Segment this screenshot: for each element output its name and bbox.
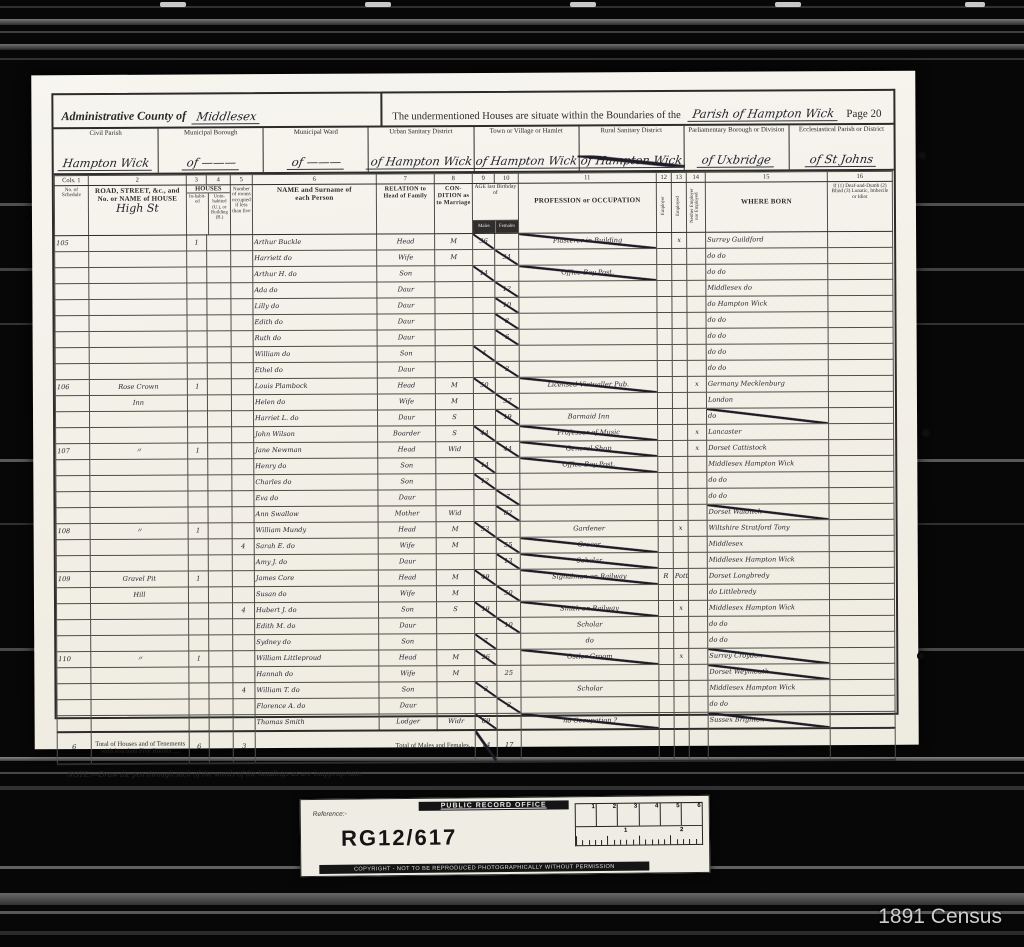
person-name: Harriet L. do xyxy=(254,410,378,427)
occupation: Gardener xyxy=(520,521,658,538)
neither-mark xyxy=(689,632,708,648)
age-female xyxy=(497,649,521,665)
neither-mark xyxy=(689,712,708,729)
person-name: Hubert J. do xyxy=(255,602,379,619)
employed-mark xyxy=(674,616,689,632)
employer-mark xyxy=(659,712,674,729)
punch-hole xyxy=(917,652,925,660)
address: 〃 xyxy=(90,443,188,460)
inhabited xyxy=(187,251,207,267)
totals-label: Total of Houses and of Tenements with le… xyxy=(91,732,189,765)
neither-mark xyxy=(688,520,707,536)
employer-mark xyxy=(657,296,672,312)
person-name: Edith M. do xyxy=(255,618,379,635)
column-number: 9 xyxy=(472,173,494,183)
schedule-no xyxy=(55,332,89,348)
birthplace: Dorset Weymouth xyxy=(708,664,830,681)
condition xyxy=(435,298,473,314)
ruler-tick xyxy=(652,839,653,844)
schedule-no xyxy=(57,684,91,700)
uninhabited xyxy=(208,507,232,523)
relation: Head xyxy=(377,378,435,394)
address xyxy=(89,347,187,364)
employed-mark xyxy=(673,552,688,568)
age-female: 2 xyxy=(497,697,521,713)
birthplace: do do xyxy=(706,264,828,281)
schedule-no: 106 xyxy=(55,380,89,396)
totals-text: Total of Males and Females... xyxy=(255,730,475,763)
district-value: of Hampton Wick xyxy=(471,155,582,168)
district-cell: Rural Sanitary Districtof Hampton Wick xyxy=(579,126,684,171)
age-female: 50 xyxy=(496,585,520,601)
employed-mark xyxy=(672,360,687,376)
age-female xyxy=(496,425,520,441)
relation: Daur xyxy=(377,282,435,298)
relation: Head xyxy=(379,650,437,666)
film-mark xyxy=(570,2,596,7)
employed-mark xyxy=(672,376,687,392)
infirmity xyxy=(829,503,894,519)
relation: Son xyxy=(378,474,436,490)
neither-mark xyxy=(687,264,706,280)
column-number: 4 xyxy=(206,175,230,185)
uninhabited xyxy=(209,635,233,651)
infirmity xyxy=(829,535,894,551)
age-female: 10 xyxy=(497,617,521,633)
header-employed: Employed xyxy=(671,182,686,232)
ruler-tick xyxy=(601,840,602,845)
schedule-no: 107 xyxy=(56,444,90,460)
uninhabited xyxy=(207,363,231,379)
employer-mark xyxy=(657,376,672,392)
employed-mark xyxy=(674,696,689,712)
condition xyxy=(435,282,473,298)
ruler-segment: 6 xyxy=(682,803,702,825)
infirmity xyxy=(828,279,893,295)
address xyxy=(90,491,188,508)
infirmity xyxy=(828,263,893,279)
age-male: 53 xyxy=(474,521,496,537)
address xyxy=(91,667,189,684)
schedule-no: 109 xyxy=(56,572,90,588)
district-value: of ——— xyxy=(286,156,345,169)
employer-mark xyxy=(659,632,674,648)
occupation xyxy=(519,361,657,378)
film-mark xyxy=(965,2,985,7)
address xyxy=(89,267,187,284)
address xyxy=(90,475,188,492)
inhabited xyxy=(188,411,208,427)
inhabited xyxy=(187,363,207,379)
occupation: General Shop xyxy=(520,441,658,458)
person-name: Edith do xyxy=(253,314,377,331)
occupation: Grocer xyxy=(520,537,658,554)
employed-mark xyxy=(672,408,687,424)
inhabited xyxy=(188,427,208,443)
condition: M xyxy=(436,586,474,602)
uninhabited xyxy=(207,251,231,267)
column-number: 15 xyxy=(705,172,827,183)
neither-mark xyxy=(688,568,707,584)
inhabited: 1 xyxy=(189,651,209,667)
condition xyxy=(435,314,473,330)
employed-mark: x xyxy=(674,648,689,664)
scan-streak xyxy=(0,893,1024,905)
employed-mark: Pott xyxy=(673,568,688,584)
occupation xyxy=(519,393,657,410)
boundary-statement-area: The undermentioned Houses are situate wi… xyxy=(382,91,893,126)
birthplace: do do xyxy=(708,696,830,713)
ruler-tick xyxy=(645,840,646,845)
district-value: of Hampton Wick xyxy=(576,154,687,167)
district-value: of Hampton Wick xyxy=(366,155,477,168)
uninhabited xyxy=(208,587,232,603)
inhabited xyxy=(188,555,208,571)
person-name: William T. do xyxy=(255,682,379,699)
scan-streak xyxy=(0,6,1024,8)
neither-mark xyxy=(687,408,706,424)
inhabited xyxy=(187,347,207,363)
inhabited xyxy=(188,539,208,555)
birthplace: do Littlebredy xyxy=(707,584,829,601)
condition: M xyxy=(436,538,474,554)
employer-mark xyxy=(659,648,674,664)
employed-mark xyxy=(672,248,687,264)
infirmity xyxy=(828,295,893,311)
age-male xyxy=(475,697,497,713)
schedule-no xyxy=(56,412,90,428)
scan-streak xyxy=(0,19,1024,25)
neither-mark xyxy=(688,504,707,520)
census-form: Administrative County of Middlesex The u… xyxy=(51,89,898,719)
age-female xyxy=(496,457,520,473)
age-female xyxy=(497,601,521,617)
occupation xyxy=(519,297,657,314)
district-cell: Municipal Boroughof ——— xyxy=(159,128,264,173)
relation: Daur xyxy=(377,362,435,378)
relation: Head xyxy=(378,442,436,458)
uninhabited xyxy=(208,523,232,539)
age-male xyxy=(474,585,496,601)
condition xyxy=(437,682,475,698)
employer-mark xyxy=(658,584,673,600)
header-schedule: No. of Schedule xyxy=(54,186,88,236)
rooms xyxy=(231,363,253,379)
age-male: 49 xyxy=(474,569,496,585)
admin-county-box: Administrative County of Middlesex xyxy=(53,93,382,127)
employer-mark xyxy=(659,616,674,632)
neither-mark: x xyxy=(688,440,707,456)
address xyxy=(89,363,187,380)
age-male: 7 xyxy=(475,633,497,649)
relation: Daur xyxy=(377,330,435,346)
neither-mark xyxy=(689,696,708,712)
schedule-no xyxy=(55,268,89,284)
ruler-tick xyxy=(664,839,665,844)
occupation xyxy=(519,329,657,346)
employed-mark xyxy=(673,504,688,520)
birthplace: do do xyxy=(706,360,828,377)
condition xyxy=(436,554,474,570)
uninhabited xyxy=(209,667,233,683)
age-male xyxy=(474,441,496,457)
infirmity xyxy=(829,471,894,487)
neither-mark xyxy=(687,360,706,376)
person-name: Harriett do xyxy=(253,250,377,267)
schedule-no xyxy=(55,300,89,316)
occupation xyxy=(520,505,658,522)
ruler-segment: 4 xyxy=(639,803,660,825)
age-male: 19 xyxy=(475,601,497,617)
birthplace: Middlesex do xyxy=(706,280,828,297)
address xyxy=(89,251,187,268)
rooms xyxy=(231,395,253,411)
district-cell: Civil ParishHampton Wick xyxy=(54,129,159,174)
birthplace: Middlesex Hampton Wick xyxy=(707,600,829,617)
employed-mark xyxy=(674,680,689,696)
rooms xyxy=(233,715,255,732)
person-name: Charles do xyxy=(254,474,378,491)
person-name: Arthur H. do xyxy=(253,266,377,283)
schedule-no xyxy=(55,396,89,412)
rooms xyxy=(231,315,253,331)
inhabited xyxy=(188,507,208,523)
rooms xyxy=(232,475,254,491)
person-name: Thomas Smith xyxy=(255,714,379,731)
uninhabited xyxy=(209,699,233,715)
age-female xyxy=(497,633,521,649)
rooms: 4 xyxy=(233,603,255,619)
inhabited xyxy=(189,715,209,732)
occupation: Scholar xyxy=(521,617,659,634)
rooms xyxy=(232,555,254,571)
header-road: ROAD, STREET, &c., and No. or NAME of HO… xyxy=(88,185,186,236)
scan-streak xyxy=(0,58,1024,60)
occupation xyxy=(520,473,658,490)
district-cell: Municipal Wardof ——— xyxy=(264,128,369,173)
person-name: Eva do xyxy=(254,490,378,507)
employer-mark xyxy=(657,264,672,280)
schedule-no xyxy=(57,716,91,733)
schedule-no xyxy=(57,700,91,716)
age-male xyxy=(473,329,495,345)
ruler-tick xyxy=(595,840,596,845)
neither-mark: x xyxy=(687,376,706,392)
infirmity xyxy=(830,631,895,647)
ruler-bottom-row: 12 xyxy=(575,826,703,846)
age-male: 3 xyxy=(475,681,497,697)
infirmity xyxy=(830,663,895,679)
person-name: Ethel do xyxy=(253,362,377,379)
neither-mark xyxy=(687,392,706,408)
rooms xyxy=(232,523,254,539)
inhabited xyxy=(187,299,207,315)
rooms xyxy=(233,651,255,667)
condition xyxy=(435,266,473,282)
employer-mark xyxy=(657,312,672,328)
relation: Wife xyxy=(378,538,436,554)
schedule-no: 105 xyxy=(55,236,89,252)
person-name: Jane Newman xyxy=(254,442,378,459)
birthplace: Dorset Longbredy xyxy=(707,568,829,585)
employed-mark xyxy=(672,328,687,344)
occupation: Signalman on Railway xyxy=(520,569,658,586)
occupation xyxy=(521,697,659,714)
employer-mark xyxy=(658,456,673,472)
age-male xyxy=(474,537,496,553)
ruler-tick xyxy=(582,840,583,845)
rooms xyxy=(233,699,255,715)
header-houses: HOUSES In-habit-ed Unin-habited (U.), or… xyxy=(186,185,230,235)
column-number: 8 xyxy=(434,174,472,184)
employed-mark xyxy=(672,264,687,280)
infirmity xyxy=(829,567,894,583)
infirmity xyxy=(830,695,895,711)
relation: Wife xyxy=(377,394,435,410)
infirmity xyxy=(830,679,895,695)
age-female: 12 xyxy=(495,281,519,297)
rooms xyxy=(232,491,254,507)
ruler-tick xyxy=(614,840,615,845)
uninhabited xyxy=(207,283,231,299)
condition: Wid xyxy=(436,506,474,522)
rooms xyxy=(233,619,255,635)
address: 〃 xyxy=(90,523,188,540)
address xyxy=(91,699,189,716)
column-number: 3 xyxy=(186,175,206,185)
rooms xyxy=(231,331,253,347)
header-age: AGE last Birthday of Males Females xyxy=(472,183,518,233)
uninhabited xyxy=(207,267,231,283)
person-name: Ann Swallow xyxy=(254,506,378,523)
address: 〃 xyxy=(91,651,189,668)
relation: Boarder xyxy=(378,426,436,442)
address: Gravel Pit xyxy=(90,571,188,588)
column-number: 2 xyxy=(88,175,186,186)
age-male xyxy=(473,249,495,265)
condition xyxy=(435,362,473,378)
age-female: 7 xyxy=(496,489,520,505)
age-male xyxy=(473,297,495,313)
relation: Lodger xyxy=(379,714,437,731)
age-male xyxy=(473,409,495,425)
uninhabited xyxy=(207,395,231,411)
address xyxy=(89,315,187,332)
uninhabited xyxy=(208,459,232,475)
birthplace: Wiltshire Stratford Tony xyxy=(707,520,829,537)
person-name: Amy J. do xyxy=(254,554,378,571)
occupation: Smith on Railway xyxy=(521,601,659,618)
employer-mark xyxy=(657,280,672,296)
address xyxy=(90,507,188,524)
rooms xyxy=(231,235,253,251)
birthplace: do xyxy=(706,408,828,425)
age-female: 44 xyxy=(496,441,520,457)
person-name: Louis Plambock xyxy=(253,378,377,395)
person-name: William do xyxy=(253,346,377,363)
condition: M xyxy=(436,570,474,586)
inhabited xyxy=(187,331,207,347)
infirmity xyxy=(828,327,893,343)
employed-mark xyxy=(674,664,689,680)
condition: S xyxy=(435,410,473,426)
column-number: Cols. 1 xyxy=(54,176,88,186)
birthplace: do do xyxy=(707,472,829,489)
ruler-tick xyxy=(620,840,621,845)
birthplace: Surrey Guildford xyxy=(706,232,828,249)
rooms xyxy=(232,427,254,443)
ruler-tick xyxy=(589,840,590,845)
infirmity xyxy=(828,311,893,327)
schedule-no xyxy=(56,540,90,556)
relation: Wife xyxy=(377,250,435,266)
employed-mark xyxy=(672,280,687,296)
infirmity xyxy=(829,599,894,615)
ruler-top-row: 123456 xyxy=(575,802,703,827)
uninhabited xyxy=(208,571,232,587)
relation: Son xyxy=(377,266,435,282)
employed-mark: x xyxy=(672,232,687,248)
ruler-tick xyxy=(639,836,640,845)
infirmity xyxy=(828,343,893,359)
age-female: 8 xyxy=(495,313,519,329)
infirmity xyxy=(828,407,893,423)
column-number: 13 xyxy=(671,172,686,182)
column-number: 12 xyxy=(656,172,671,182)
condition: S xyxy=(437,602,475,618)
birthplace: do do xyxy=(706,312,828,329)
age-male xyxy=(474,489,496,505)
scan-streak xyxy=(0,931,1024,935)
uninhabited xyxy=(207,235,231,251)
neither-mark xyxy=(687,328,706,344)
uninhabited xyxy=(207,331,231,347)
employer-mark xyxy=(658,520,673,536)
district-cell: Ecclesiastical Parish or Districtof St J… xyxy=(789,125,893,170)
admin-county-value: Middlesex xyxy=(191,111,261,124)
infirmity xyxy=(828,375,893,391)
total-inhabited: 6 xyxy=(189,731,209,763)
footnote: NOTE.—Draw the pen through such of the w… xyxy=(57,765,897,779)
ruler-tick xyxy=(689,839,690,844)
person-name: Ruth do xyxy=(253,330,377,347)
rooms: 4 xyxy=(233,683,255,699)
uninhabited xyxy=(209,619,233,635)
person-name: Sarah E. do xyxy=(254,538,378,555)
uninhabited xyxy=(209,683,233,699)
schedule-no xyxy=(55,252,89,268)
employer-mark xyxy=(658,536,673,552)
header-neither: Neither Employer nor Employed xyxy=(686,182,705,232)
occupation: Scholar xyxy=(521,681,659,698)
schedule-no xyxy=(56,476,90,492)
neither-mark xyxy=(688,488,707,504)
birthplace: Sussex Brighton xyxy=(708,712,830,729)
person-name: Arthur Buckle xyxy=(253,234,377,251)
ruler-number: 1 xyxy=(624,828,627,834)
address xyxy=(91,635,189,652)
condition: M xyxy=(437,666,475,682)
infirmity xyxy=(829,455,894,471)
infirmity xyxy=(828,231,893,247)
ruler-tick xyxy=(683,839,684,844)
condition: M xyxy=(437,650,475,666)
inhabited xyxy=(187,395,207,411)
neither-mark xyxy=(688,584,707,600)
scan-streak xyxy=(0,911,1024,914)
employer-mark xyxy=(658,472,673,488)
employed-mark xyxy=(673,472,688,488)
